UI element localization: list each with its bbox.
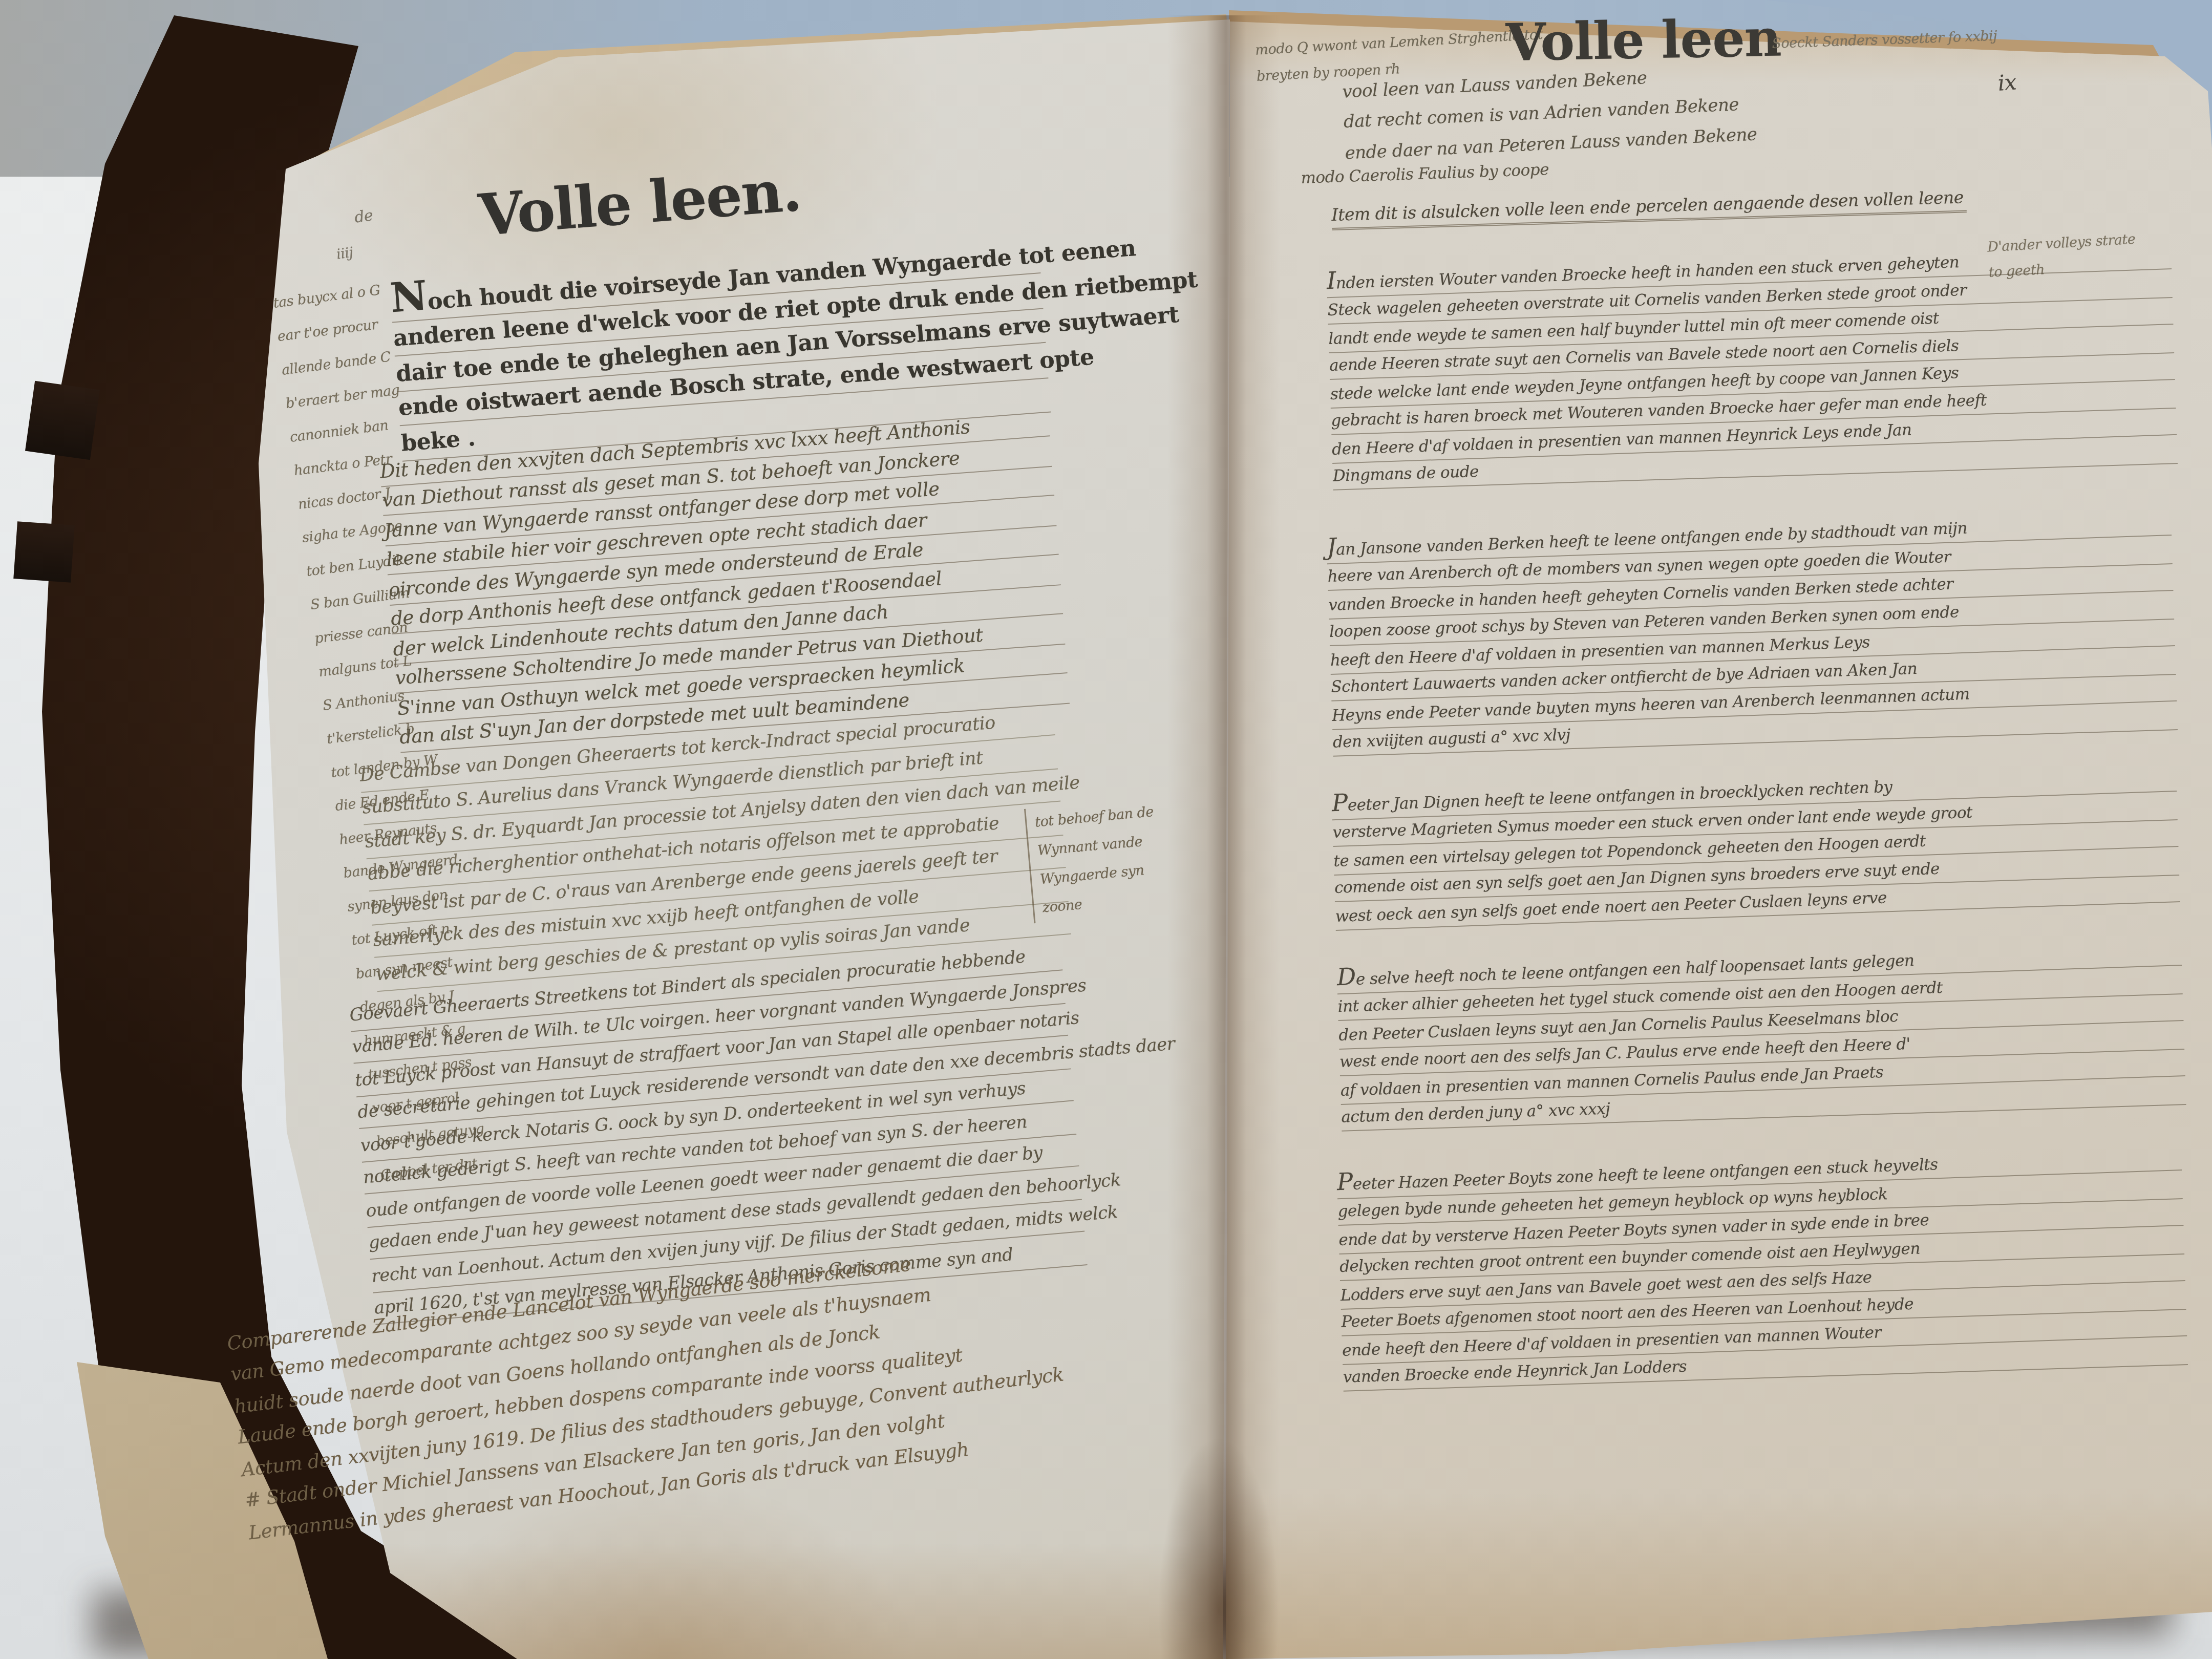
left-paragraph-2: Dit heden den xxvjten dach Septembris xv… [379,408,1070,753]
photo-scene: de iiij Volle leen. tas buycx al o Gear … [0,0,2212,1659]
right-paragraph-4: De selve heeft noch te leene ontfangen e… [1336,936,2186,1132]
book-gutter-stain [1152,1331,1285,1659]
left-corner-mark: de [353,206,374,227]
right-paragraph-1: Inden iersten Wouter vanden Broecke heef… [1326,240,2178,491]
folio-number: ix [1997,69,2017,95]
right-paragraph-2: Jan Jansone vanden Berken heeft te leene… [1326,506,2178,757]
book-clasp-top [25,381,100,460]
right-paragraph-3: Peeter Jan Dignen heeft te leene ontfang… [1331,762,2180,930]
left-bracketed-side-note: tot behoef ban deWynnant vandeWyngaerde … [1024,794,1212,924]
left-corner-numeral: iiij [335,245,354,263]
book-clasp-bottom [13,521,75,583]
right-paragraph-5: Peeter Hazen Peeter Boyts zone heeft te … [1336,1141,2188,1392]
